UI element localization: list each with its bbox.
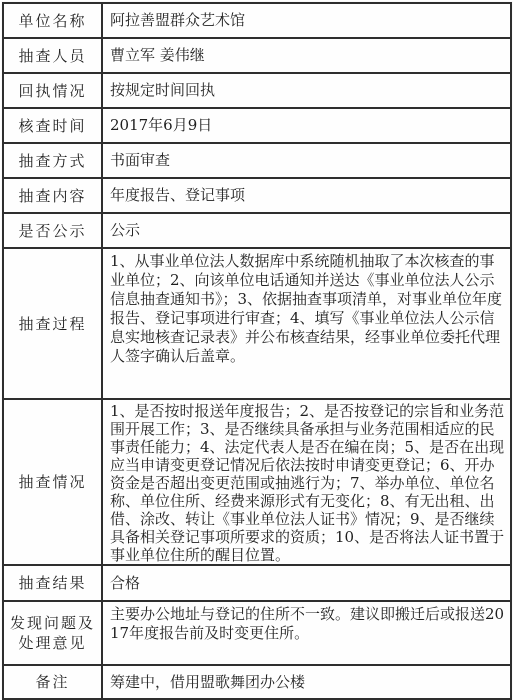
row-inspection-result: 抽查结果 合格 — [4, 566, 510, 602]
row-label: 抽查情况 — [4, 400, 103, 564]
row-inspection-process: 抽查过程 1、从事业单位法人数据库中系统随机抽取了本次核查的事业单位；2、向该单… — [4, 249, 510, 400]
row-label: 抽查过程 — [4, 249, 103, 398]
row-label: 抽查内容 — [4, 179, 103, 212]
row-label: 是否公示 — [4, 214, 103, 247]
row-value: 曹立军 姜伟继 — [103, 39, 510, 72]
row-value: 书面审查 — [103, 144, 510, 177]
row-value: 主要办公地址与登记的住所不一致。建议即搬迁后或报送2017年度报告前及时变更住所… — [103, 602, 510, 664]
row-value: 1、是否按时报送年度报告；2、是否按登记的宗旨和业务范围开展工作；3、是否继续具… — [103, 400, 510, 564]
row-label: 抽查方式 — [4, 144, 103, 177]
row-inspection-content: 抽查内容 年度报告、登记事项 — [4, 179, 510, 214]
row-publicity-status: 是否公示 公示 — [4, 214, 510, 249]
row-value: 公示 — [103, 214, 510, 247]
row-inspection-method: 抽查方式 书面审查 — [4, 144, 510, 179]
row-label: 单位名称 — [4, 4, 103, 37]
row-verification-date: 核查时间 2017年6月9日 — [4, 109, 510, 144]
row-inspection-items: 抽查情况 1、是否按时报送年度报告；2、是否按登记的宗旨和业务范围开展工作；3、… — [4, 400, 510, 566]
row-value: 阿拉善盟群众艺术馆 — [103, 4, 510, 37]
row-value: 按规定时间回执 — [103, 74, 510, 107]
row-label: 核查时间 — [4, 109, 103, 142]
row-label: 抽查人员 — [4, 39, 103, 72]
row-label: 发现问题及处理意见 — [4, 602, 103, 664]
row-inspectors: 抽查人员 曹立军 姜伟继 — [4, 39, 510, 74]
row-label: 抽查结果 — [4, 566, 103, 600]
row-label: 回执情况 — [4, 74, 103, 107]
row-remarks: 备注 筹建中，借用盟歌舞团办公楼 — [4, 666, 510, 698]
row-value: 合格 — [103, 566, 510, 600]
row-label: 备注 — [4, 666, 103, 698]
inspection-record-table: 单位名称 阿拉善盟群众艺术馆 抽查人员 曹立军 姜伟继 回执情况 按规定时间回执… — [2, 2, 512, 700]
row-value: 2017年6月9日 — [103, 109, 510, 142]
row-receipt-status: 回执情况 按规定时间回执 — [4, 74, 510, 109]
row-unit-name: 单位名称 阿拉善盟群众艺术馆 — [4, 4, 510, 39]
row-value: 年度报告、登记事项 — [103, 179, 510, 212]
row-value: 1、从事业单位法人数据库中系统随机抽取了本次核查的事业单位；2、向该单位电话通知… — [103, 249, 510, 398]
row-problems-and-suggestions: 发现问题及处理意见 主要办公地址与登记的住所不一致。建议即搬迁后或报送2017年… — [4, 602, 510, 666]
row-value: 筹建中，借用盟歌舞团办公楼 — [103, 666, 510, 698]
